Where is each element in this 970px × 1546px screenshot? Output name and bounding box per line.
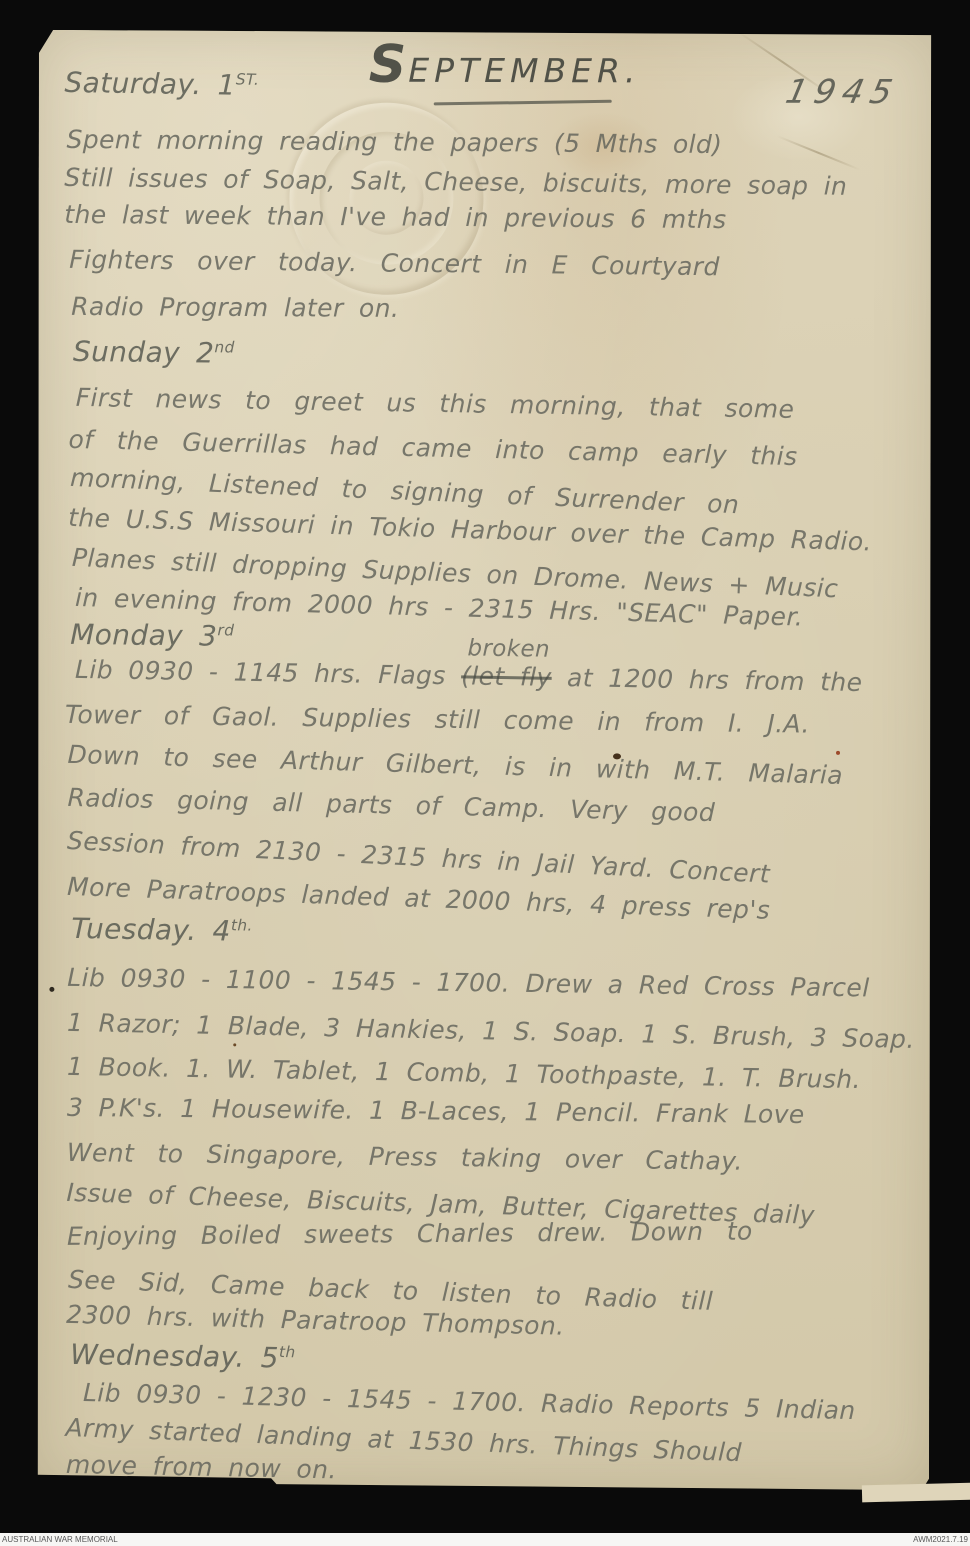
diary-line: 1 Book. 1. W. Tablet, 1 Comb, 1 Toothpas…: [67, 1052, 861, 1094]
entry-heading-wednesday: Wednesday.5th: [70, 1338, 296, 1375]
diary-line: Radio Program later on.: [71, 292, 399, 323]
entry-date-suffix: nd: [214, 338, 235, 356]
footer-bar: AUSTRALIAN WAR MEMORIAL AWM2021.7.19: [0, 1533, 970, 1546]
diary-line: Went to Singapore, Press taking over Cat…: [67, 1138, 743, 1176]
entry-heading-sunday: Sunday2nd: [73, 335, 235, 370]
diary-line: Spent morning reading the papers (5 Mths…: [66, 125, 722, 159]
entry-date: 5: [260, 1341, 279, 1374]
crease-mark: [777, 135, 861, 170]
ink-spot: [49, 987, 54, 992]
diary-page: SEPTEMBER. 1945 Saturday.1ST. Spent morn…: [35, 30, 933, 1490]
diary-line-with-correction: Lib 0930 - 1145 hrs. Flags (let fly at 1…: [75, 655, 863, 697]
page-title: SEPTEMBER.: [369, 35, 641, 96]
entry-date-suffix: ST.: [236, 70, 260, 88]
diary-line: 3 P.K's. 1 Housewife. 1 B-Laces, 1 Penci…: [67, 1093, 805, 1129]
line-before-correction: Lib 0930 - 1145 hrs. Flags: [75, 655, 462, 690]
entry-date: 2: [196, 336, 215, 369]
inserted-word: broken: [467, 635, 550, 662]
entry-day: Wednesday.: [70, 1338, 245, 1374]
footer-accession-number: AWM2021.7.19: [913, 1533, 968, 1546]
entry-heading-tuesday: Tuesday.4th.: [71, 912, 253, 948]
diary-line: Fighters over today. Concert in E Courty…: [69, 245, 720, 281]
footer-credit: AUSTRALIAN WAR MEMORIAL: [2, 1533, 118, 1546]
diary-line: Tower of Gaol. Supplies still come in fr…: [65, 700, 810, 739]
diary-line: First news to greet us this morning, tha…: [76, 383, 795, 424]
entry-date: 1: [217, 68, 236, 101]
entry-heading-saturday: Saturday.1ST.: [64, 66, 259, 102]
diary-line: Down to see Arthur Gilbert, is in with M…: [67, 740, 843, 790]
entry-date: 4: [212, 914, 231, 947]
scan-canvas: { "diary": { "month_title": "SEPTEMBER."…: [0, 0, 970, 1546]
ink-spot: [233, 1043, 236, 1046]
entry-date-suffix: rd: [217, 621, 234, 639]
underlying-page-corner: [862, 1483, 970, 1503]
diary-line: Still issues of Soap, Salt, Cheese, bisc…: [64, 163, 847, 201]
entry-day: Tuesday.: [71, 912, 197, 947]
entry-heading-monday: Monday3rd: [70, 618, 234, 653]
entry-day: Sunday: [73, 335, 181, 369]
entry-day: Saturday.: [64, 66, 202, 101]
diary-line: 1 Razor; 1 Blade, 3 Hankies, 1 S. Soap. …: [67, 1008, 915, 1054]
diary-line: Lib 0930 - 1100 - 1545 - 1700. Drew a Re…: [67, 963, 870, 1002]
entry-date-suffix: th.: [231, 916, 253, 934]
entry-day: Monday: [70, 618, 183, 652]
diary-line: Enjoying Boiled sweets Charles drew. Dow…: [67, 1217, 753, 1251]
line-after-correction: at 1200 hrs from the: [551, 663, 862, 697]
entry-date-suffix: th: [279, 1343, 296, 1361]
ink-spot: [836, 751, 840, 755]
year-label: 1945: [782, 72, 902, 111]
diary-line: move from now on.: [66, 1450, 337, 1484]
struck-text: (let fly: [461, 661, 552, 691]
diary-line: of the Guerrillas had came into camp ear…: [68, 425, 798, 471]
entry-date: 3: [199, 619, 218, 652]
diary-line: the last week than I've had in previous …: [64, 200, 726, 234]
diary-line: Radios going all parts of Camp. Very goo…: [67, 783, 715, 827]
title-underline: [434, 100, 612, 106]
